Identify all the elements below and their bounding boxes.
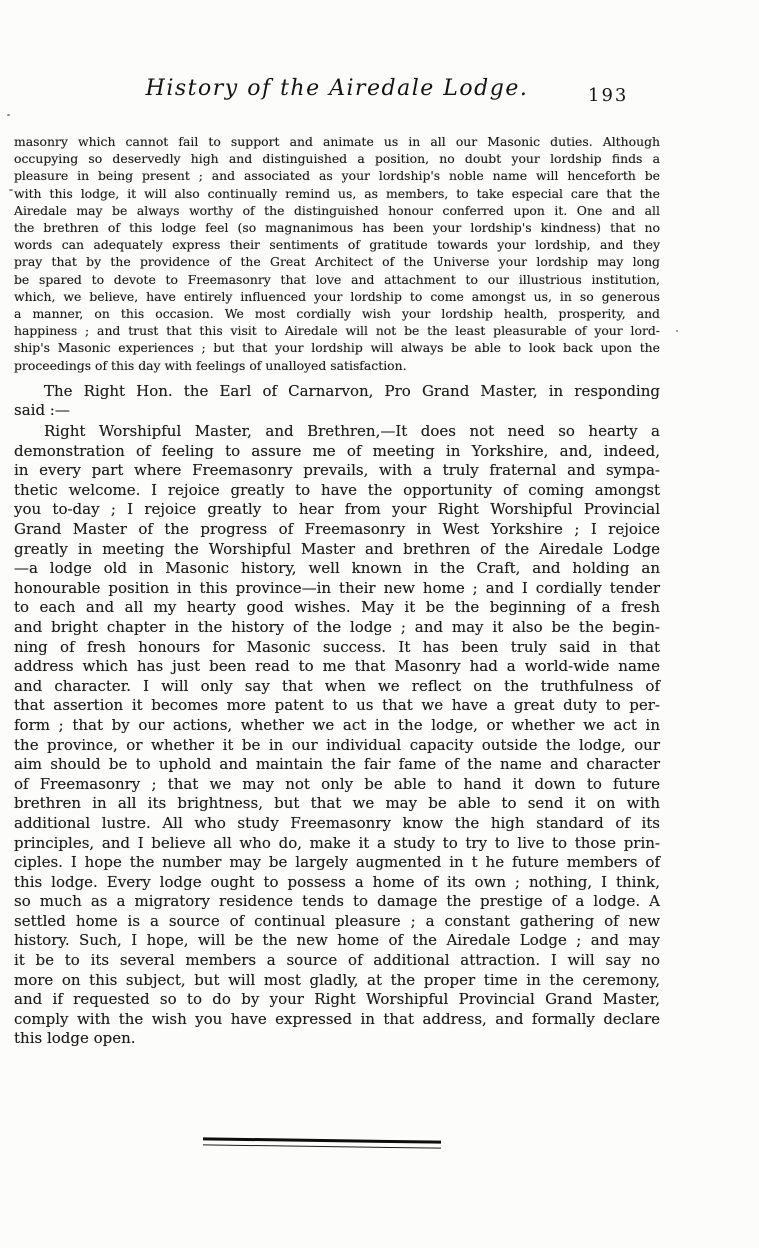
text-line: a manner, on this occasion. We most cord… bbox=[14, 305, 660, 322]
section-divider bbox=[203, 1137, 441, 1149]
text-line: to each and all my hearty good wishes. M… bbox=[14, 598, 660, 618]
text-line: ning of fresh honours for Masonic succes… bbox=[14, 638, 660, 658]
text-line: ciples. I hope the number may be largely… bbox=[14, 853, 660, 873]
text-line: Grand Master of the progress of Freemaso… bbox=[14, 520, 660, 540]
text-line: thetic welcome. I rejoice greatly to hav… bbox=[14, 481, 660, 501]
divider-thin-rule bbox=[203, 1144, 441, 1149]
text-line: demonstration of feeling to assure me of… bbox=[14, 442, 660, 462]
ink-speck bbox=[7, 114, 10, 116]
text-line: address which has just been read to me t… bbox=[14, 657, 660, 677]
page-number: 193 bbox=[588, 85, 628, 106]
text-line: aim should be to uphold and maintain the… bbox=[14, 755, 660, 775]
text-line: the brethren of this lodge feel (so magn… bbox=[14, 219, 660, 236]
text-line: pray that by the providence of the Great… bbox=[14, 253, 660, 270]
text-line: of Freemasonry ; that we may not only be… bbox=[14, 775, 660, 795]
text-line: —a lodge old in Masonic history, well kn… bbox=[14, 559, 660, 579]
text-line: this lodge. Every lodge ought to possess… bbox=[14, 873, 660, 893]
text-line: and character. I will only say that when… bbox=[14, 677, 660, 697]
text-line: pleasure in being present ; and associat… bbox=[14, 167, 660, 184]
text-line: so much as a migratory residence tends t… bbox=[14, 892, 660, 912]
text-column: masonry which cannot fail to support and… bbox=[14, 133, 660, 1049]
text-line: honourable position in this province—in … bbox=[14, 579, 660, 599]
text-line: words can adequately express their senti… bbox=[14, 236, 660, 253]
running-title: History of the Airedale Lodge. bbox=[14, 76, 660, 101]
ink-speck bbox=[676, 330, 678, 332]
text-line: additional lustre. All who study Freemas… bbox=[14, 814, 660, 834]
text-line: The Right Hon. the Earl of Carnarvon, Pr… bbox=[14, 382, 660, 402]
text-line: history. Such, I hope, will be the new h… bbox=[14, 931, 660, 951]
text-line: and if requested so to do by your Right … bbox=[14, 990, 660, 1010]
text-line: masonry which cannot fail to support and… bbox=[14, 133, 660, 150]
text-line: form ; that by our actions, whether we a… bbox=[14, 716, 660, 736]
text-line: greatly in meeting the Worshipful Master… bbox=[14, 540, 660, 560]
text-line: occupying so deservedly high and disting… bbox=[14, 150, 660, 167]
text-line: you to-day ; I rejoice greatly to hear f… bbox=[14, 500, 660, 520]
text-line: more on this subject, but will most glad… bbox=[14, 971, 660, 991]
text-line: that assertion it becomes more patent to… bbox=[14, 696, 660, 716]
divider-thick-rule bbox=[203, 1137, 441, 1143]
text-line: settled home is a source of continual pl… bbox=[14, 912, 660, 932]
text-line: which, we believe, have entirely influen… bbox=[14, 288, 660, 305]
paragraph-speaker-intro: The Right Hon. the Earl of Carnarvon, Pr… bbox=[14, 382, 660, 421]
text-line: said :— bbox=[14, 401, 660, 421]
text-line: the province, or whether it be in our in… bbox=[14, 736, 660, 756]
text-line: Airedale may be always worthy of the dis… bbox=[14, 202, 660, 219]
text-line: comply with the wish you have expressed … bbox=[14, 1010, 660, 1030]
paragraph-speech: Right Worshipful Master, and Brethren,—I… bbox=[14, 422, 660, 1049]
text-line: ship's Masonic experiences ; but that yo… bbox=[14, 339, 660, 356]
scanned-page: History of the Airedale Lodge. 193 mason… bbox=[0, 0, 759, 1248]
text-line: happiness ; and trust that this visit to… bbox=[14, 322, 660, 339]
text-line: proceedings of this day with feelings of… bbox=[14, 357, 660, 374]
ink-speck bbox=[9, 189, 13, 191]
text-line: be spared to devote to Freemasonry that … bbox=[14, 271, 660, 288]
text-line: in every part where Freemasonry prevails… bbox=[14, 461, 660, 481]
text-line: Right Worshipful Master, and Brethren,—I… bbox=[14, 422, 660, 442]
text-line: it be to its several members a source of… bbox=[14, 951, 660, 971]
text-line: brethren in all its brightness, but that… bbox=[14, 794, 660, 814]
text-line: with this lodge, it will also continuall… bbox=[14, 185, 660, 202]
text-line: principles, and I believe all who do, ma… bbox=[14, 834, 660, 854]
paragraph-continuation: masonry which cannot fail to support and… bbox=[14, 133, 660, 374]
text-line: this lodge open. bbox=[14, 1029, 660, 1049]
text-line: and bright chapter in the history of the… bbox=[14, 618, 660, 638]
